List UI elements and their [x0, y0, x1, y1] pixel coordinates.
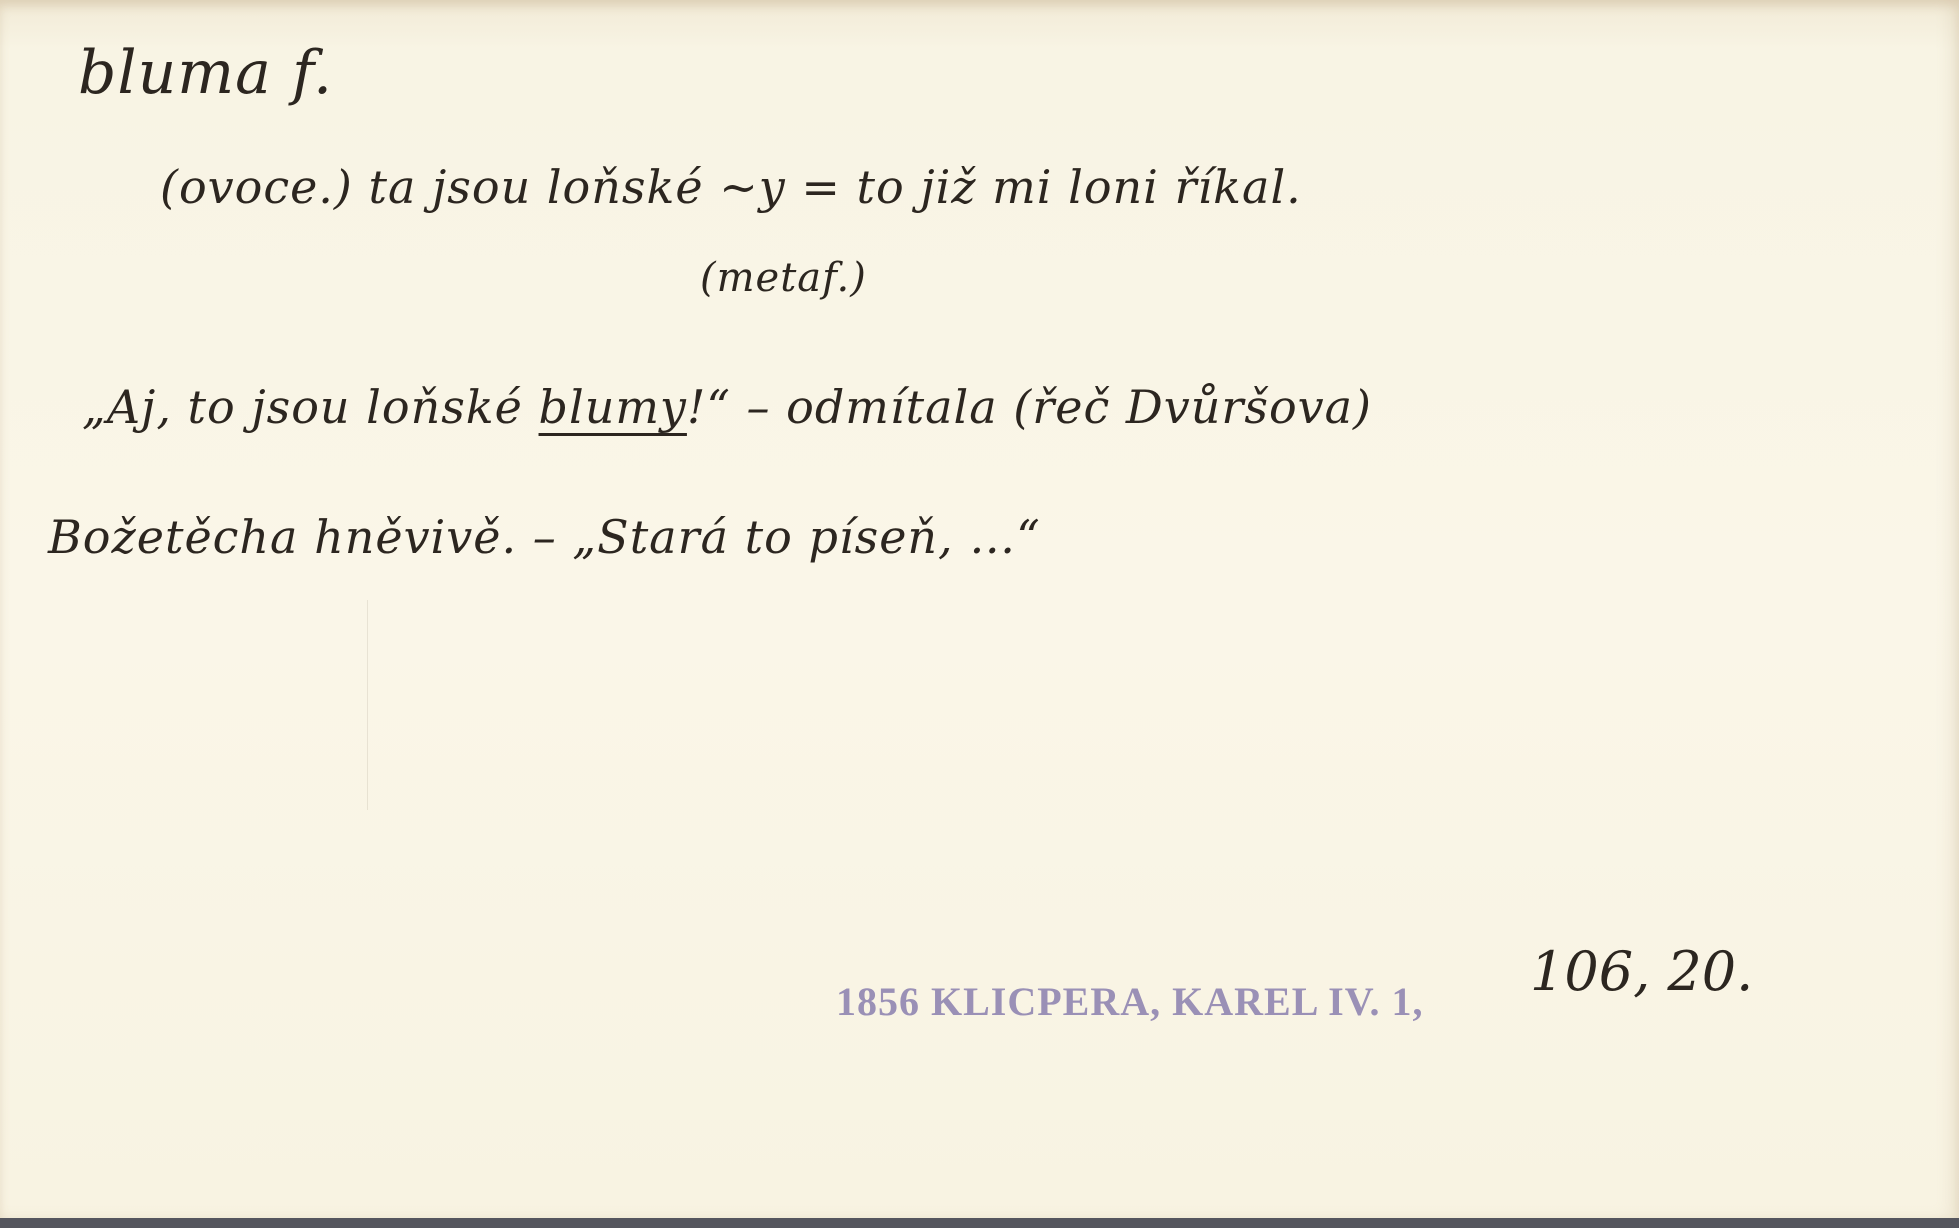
index-card: bluma f. (ovoce.) ta jsou loňské ~y = to…: [0, 0, 1959, 1218]
definition-line: (ovoce.) ta jsou loňské ~y = to již mi l…: [160, 160, 1302, 214]
definition-note: (metaf.): [700, 255, 867, 301]
quotation-line-2: Božetěcha hněvivě. – „Stará to píseň, …“: [48, 510, 1041, 564]
headword: bluma f.: [78, 38, 333, 108]
quotation-line-1: „Aj, to jsou loňské blumy!“ – odmítala (…: [82, 380, 1372, 434]
page-reference: 106, 20.: [1530, 940, 1753, 1003]
underlined-headword-form: blumy: [539, 380, 687, 434]
scan-background-edge: [0, 1218, 1959, 1228]
quotation-text-after: !“ – odmítala (řeč Dvůršova): [687, 380, 1372, 434]
paper-fold-mark: [367, 600, 368, 810]
source-stamp: 1856 KLICPERA, KAREL IV. 1,: [836, 978, 1423, 1025]
quotation-text-before: „Aj, to jsou loňské: [82, 380, 539, 434]
